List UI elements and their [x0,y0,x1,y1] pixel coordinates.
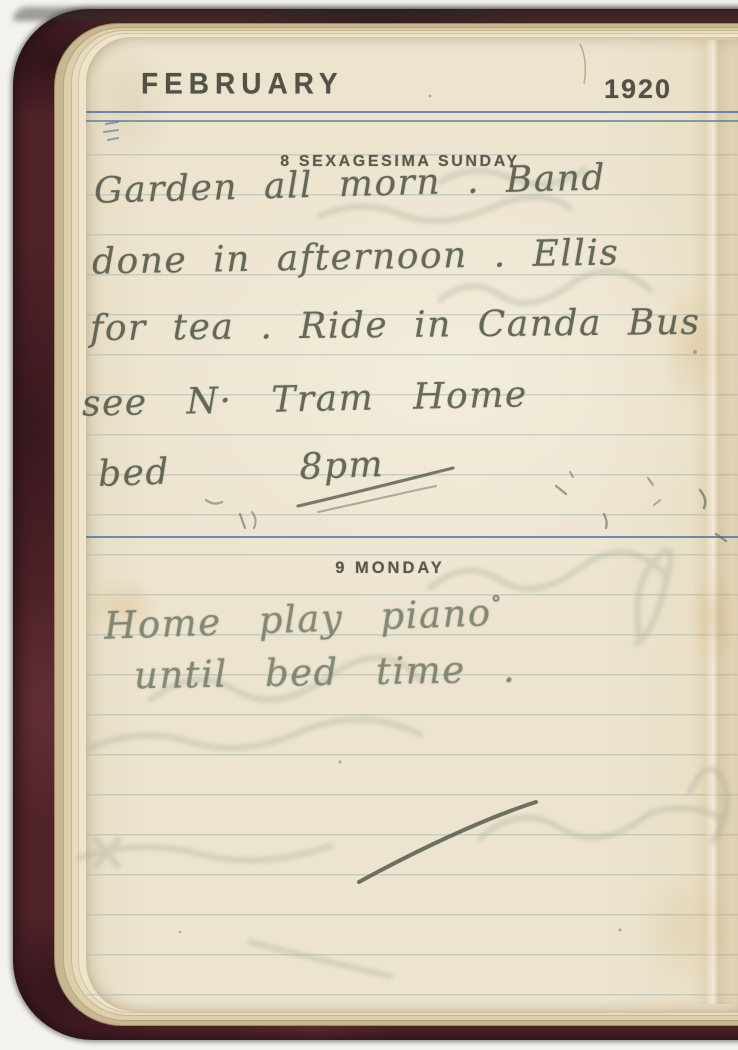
entry-heading-monday: 9 MONDAY [240,559,540,578]
stain [660,280,724,410]
month-label: FEBRUARY [141,67,344,101]
diary-photo: FEBRUARY 1920 8 SEXAGESIMA SUNDAY 9 MOND… [0,0,738,1050]
header-rule-top [86,111,738,113]
header-rule-bottom [86,120,738,122]
handwriting-line: for tea . Ride in Canda Bus [90,302,701,349]
handwriting-line: until bed time . [134,648,517,698]
ruled-lines [86,154,738,1002]
stain [636,870,731,985]
year-label: 1920 [604,74,672,105]
stain [686,570,738,665]
section-divider-rule [86,536,738,538]
stain [90,42,175,167]
cover-worn-edge [13,7,738,21]
gutter-crease [692,40,738,1004]
